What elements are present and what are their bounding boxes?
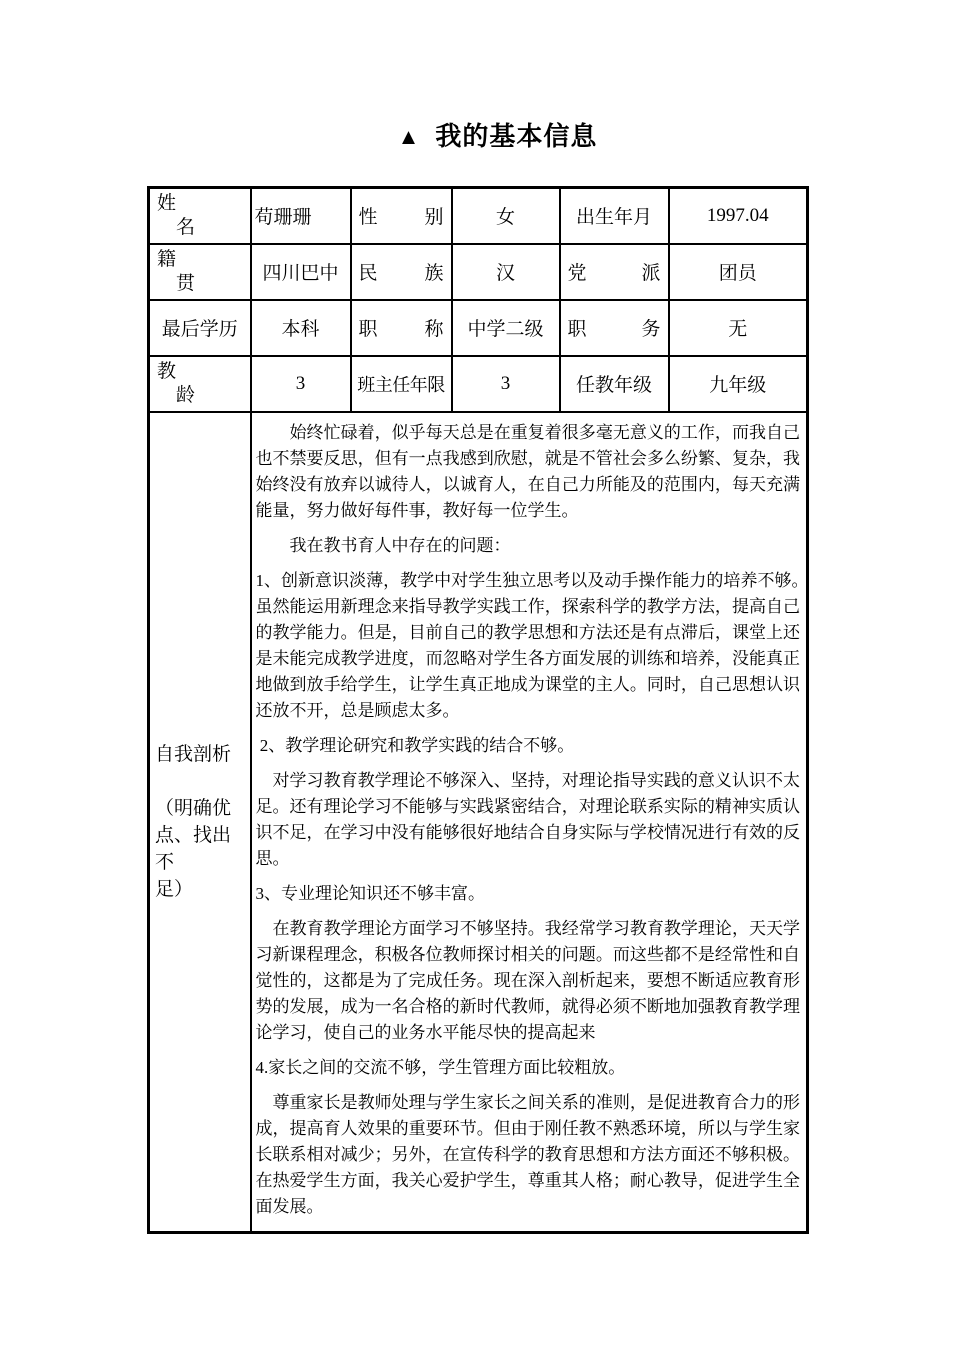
gender-value-cell: 女 — [452, 188, 560, 244]
gender-label: 性 别 — [356, 202, 447, 229]
position-label-char1: 职 — [568, 314, 587, 341]
basic-info-table: 姓 名 苟珊珊 性 别 女 出生年月 1997.04 籍 贯 四川巴中 民 族 … — [147, 186, 809, 1234]
name-label-cell: 姓 名 — [149, 188, 251, 244]
analysis-paragraph: 2、教学理论研究和教学实践的结合不够。 — [256, 733, 801, 759]
page-title-text: 我的基本信息 — [435, 122, 597, 151]
document-page: ▲我的基本信息 姓 名 苟珊珊 性 别 女 出生年月 1997.04 — [0, 0, 960, 1357]
analysis-paragraph: 在教育教学理论方面学习不够坚持。我经常学习教育教学理论，天天学习新课程理念，积极… — [256, 916, 801, 1046]
position-label-cell: 职 务 — [560, 300, 669, 356]
birthdate-value-cell: 1997.04 — [669, 188, 808, 244]
analysis-paragraph: 我在教书育人中存在的问题： — [256, 533, 801, 559]
analysis-paragraph: 4.家长之间的交流不够，学生管理方面比较粗放。 — [256, 1055, 801, 1081]
professional-title-char1: 职 — [359, 314, 378, 341]
ethnicity-label-char2: 族 — [424, 258, 443, 285]
analysis-paragraph: 始终忙碌着，似乎每天总是在重复着很多毫无意义的工作，而我自己也不禁要反思，但有一… — [256, 420, 801, 524]
gender-label-char2: 别 — [424, 202, 443, 229]
birthdate-label-cell: 出生年月 — [560, 188, 669, 244]
analysis-paragraph: 1、创新意识淡薄，教学中对学生独立思考以及动手操作能力的培养不够。 虽然能运用新… — [256, 568, 801, 724]
gender-label-cell: 性 别 — [351, 188, 452, 244]
analysis-paragraph: 对学习教育教学理论不够深入、坚持，对理论指导实践的意义认识不太足。还有理论学习不… — [256, 768, 801, 872]
teaching-years-value-cell: 3 — [251, 356, 351, 412]
ethnicity-label-cell: 民 族 — [351, 244, 452, 300]
teaching-grade-value-cell: 九年级 — [669, 356, 808, 412]
self-analysis-label-cell: 自我剖析 （明确优 点、找出不 足） — [149, 412, 251, 1233]
party-label-char1: 党 — [568, 258, 587, 285]
analysis-paragraph: 尊重家长是教师处理与学生家长之间关系的准则，是促进教育合力的形成，提高育人效果的… — [256, 1090, 801, 1220]
ethnicity-label-char1: 民 — [359, 258, 378, 285]
table-row-education: 最后学历 本科 职 称 中学二级 职 务 无 — [149, 300, 808, 356]
professional-title-label-cell: 职 称 — [351, 300, 452, 356]
teaching-years-label-cell: 教 龄 — [149, 356, 251, 412]
name-value-cell: 苟珊珊 — [251, 188, 351, 244]
table-row-hometown: 籍 贯 四川巴中 民 族 汉 党 派 团员 — [149, 244, 808, 300]
table-row-self-analysis: 自我剖析 （明确优 点、找出不 足） 始终忙碌着，似乎每天总是在重复着很多毫无意… — [149, 412, 808, 1233]
party-value-cell: 团员 — [669, 244, 808, 300]
professional-title-label: 职 称 — [356, 314, 447, 341]
party-label: 党 派 — [565, 258, 664, 285]
professional-title-value-cell: 中学二级 — [452, 300, 560, 356]
ethnicity-label: 民 族 — [356, 258, 447, 285]
professional-title-char2: 称 — [424, 314, 443, 341]
hometown-value-cell: 四川巴中 — [251, 244, 351, 300]
ethnicity-value-cell: 汉 — [452, 244, 560, 300]
party-label-cell: 党 派 — [560, 244, 669, 300]
self-analysis-content-cell: 始终忙碌着，似乎每天总是在重复着很多毫无意义的工作，而我自己也不禁要反思，但有一… — [251, 412, 808, 1233]
education-value-cell: 本科 — [251, 300, 351, 356]
hometown-label-cell: 籍 贯 — [149, 244, 251, 300]
headteacher-years-label-cell: 班主任年限 — [351, 356, 452, 412]
party-label-char2: 派 — [641, 258, 660, 285]
triangle-bullet-icon: ▲ — [398, 124, 421, 149]
page-title: ▲我的基本信息 — [168, 0, 827, 153]
table-row-teaching-years: 教 龄 3 班主任年限 3 任教年级 九年级 — [149, 356, 808, 412]
position-label-char2: 务 — [641, 314, 660, 341]
position-value-cell: 无 — [669, 300, 808, 356]
table-row-name: 姓 名 苟珊珊 性 别 女 出生年月 1997.04 — [149, 188, 808, 244]
position-label: 职 务 — [565, 314, 664, 341]
education-label-cell: 最后学历 — [149, 300, 251, 356]
teaching-grade-label-cell: 任教年级 — [560, 356, 669, 412]
headteacher-years-value-cell: 3 — [452, 356, 560, 412]
gender-label-char1: 性 — [359, 202, 378, 229]
analysis-paragraph: 3、专业理论知识还不够丰富。 — [256, 881, 801, 907]
